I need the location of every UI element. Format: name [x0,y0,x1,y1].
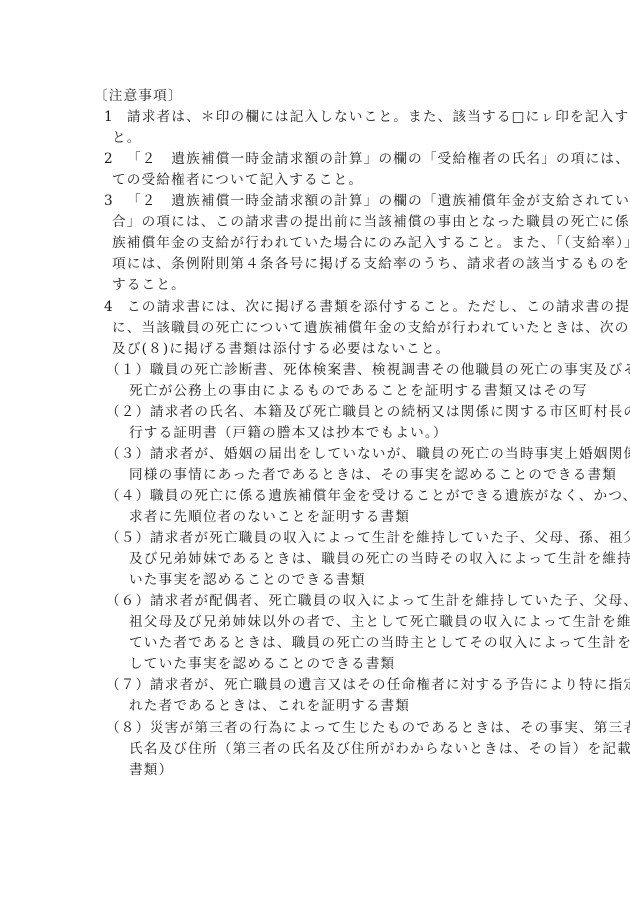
subitem-number: （８） [106,720,150,736]
subitem-text-line: していた事実を認めることのできる書類 [129,656,395,672]
item-text-line: 「２ 遺族補償一時金請求額の計算」の欄の「遺族補償年金が支給されていた場 [127,193,630,209]
subitem-number: （７） [106,677,150,693]
item-text-line: すること。 [112,277,186,293]
item-text-line: と。 [112,130,142,146]
item-text-line: 及び(８)に掲げる書類は添付する必要はないこと。 [112,341,450,357]
subitem-text-line: 行する証明書（戸籍の謄本又は抄本でもよい。） [129,425,448,441]
item-number: 2 [104,151,114,167]
subitem-text-line: 請求者が死亡職員の収入によって生計を維持していた子、父母、孫、祖父母 [150,530,630,546]
subitem-text-line: 書類） [129,762,173,778]
item-number: 4 [104,299,114,315]
item-text-line: 請求者は、＊印の欄には記入しないこと。また、該当する□にㇾ印を記入するこ [127,109,630,125]
subitem-number: （２） [106,404,150,420]
notes-heading: 〔注意事項〕 [94,88,183,104]
item-text-line: 族補償年金の支給が行われていた場合にのみ記入すること。また、「（支給率）」の [112,235,630,251]
subitem-number: （６） [106,593,150,609]
subitem-text-line: 請求者が配偶者、死亡職員の収入によって生計を維持していた子、父母、孫、 [150,593,630,609]
item-number: 3 [104,193,114,209]
subitem-number: （１） [106,362,150,378]
subitem-text-line: 職員の死亡診断書、死体検案書、検視調書その他職員の死亡の事実及びその [150,362,630,378]
item-text-line: 「２ 遺族補償一時金請求額の計算」の欄の「受給権者の氏名」の項には、すべ [127,151,630,167]
item-text-line: に、当該職員の死亡について遺族補償年金の支給が行われていたときは、次の(１) [112,320,630,336]
subitem-text-line: 求者に先順位者のないことを証明する書類 [129,509,410,525]
subitem-number: （３） [106,446,150,462]
subitem-text-line: 及び兄弟姉妹であるときは、職員の死亡の当時その収入によって生計を維持して [129,551,630,567]
subitem-text-line: 請求者の氏名、本籍及び死亡職員との続柄又は関係に関する市区町村長の発 [150,404,630,420]
subitem-text-line: 死亡が公務上の事由によるものであることを証明する書類又はその写 [129,383,588,399]
subitem-text-line: 請求者が、死亡職員の遺言又はその任命権者に対する予告により特に指定さ [150,677,630,693]
item-text-line: ての受給権者について記入すること。 [112,172,363,188]
subitem-text-line: 祖父母及び兄弟姉妹以外の者で、主として死亡職員の収入によって生計を維持し [129,614,630,630]
item-text-line: この請求書には、次に掲げる書類を添付すること。ただし、この請求書の提出前 [127,299,630,315]
subitem-number: （５） [106,530,150,546]
subitem-number: （４） [106,488,150,504]
item-text-line: 項には、条例附則第４条各号に掲げる支給率のうち、請求者の該当するものを記入 [112,256,630,272]
subitem-text-line: 請求者が、婚姻の届出をしていないが、職員の死亡の当時事実上婚姻関係と [150,446,630,462]
subitem-text-line: 同様の事情にあった者であるときは、その事実を認めることのできる書類 [129,467,617,483]
subitem-text-line: 災害が第三者の行為によって生じたものであるときは、その事実、第三者の [150,720,630,736]
document-page: 〔注意事項〕 1請求者は、＊印の欄には記入しないこと。また、該当する□にㇾ印を記… [0,0,630,903]
subitem-text-line: いた事実を認めることのできる書類 [129,572,366,588]
subitem-text-line: 職員の死亡に係る遺族補償年金を受けることができる遺族がなく、かつ、請 [150,488,630,504]
item-number: 1 [104,109,114,125]
subitem-text-line: ていた者であるときは、職員の死亡の当時主としてその収入によって生計を維持 [129,635,630,651]
subitem-text-line: れた者であるときは、これを証明する書類 [129,698,410,714]
item-text-line: 合」の項には、この請求書の提出前に当該補償の事由となった職員の死亡に係る遺 [112,214,630,230]
subitem-text-line: 氏名及び住所（第三者の氏名及び住所がわからないときは、その旨）を記載した [129,741,630,757]
